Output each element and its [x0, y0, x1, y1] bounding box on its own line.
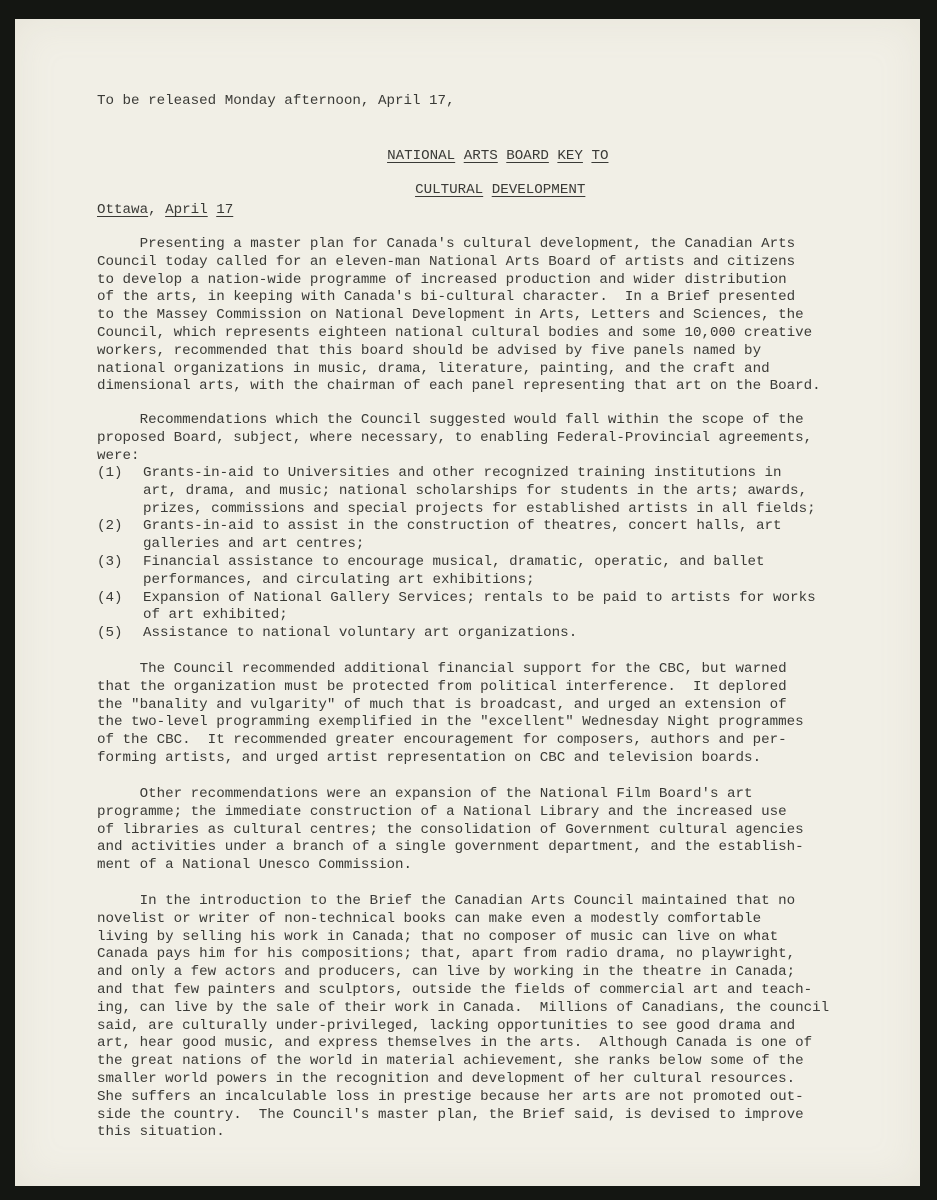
- title-word: CULTURAL: [415, 182, 483, 198]
- list-item: (1)Grants-in-aid to Universities and oth…: [97, 465, 877, 518]
- list-item: (2)Grants-in-aid to assist in the constr…: [97, 518, 877, 554]
- text-line: that the organization must be protected …: [97, 679, 877, 697]
- paragraph-brief-introduction: In the introduction to the Brief the Can…: [97, 893, 877, 1142]
- dateline-place: Ottawa: [97, 202, 148, 218]
- text-line: the "banality and vulgarity" of much tha…: [97, 697, 877, 715]
- list-item-number: (1): [97, 465, 123, 483]
- text-line: ing, can live by the sale of their work …: [97, 1000, 877, 1018]
- title-word: KEY: [557, 148, 583, 164]
- text-line: workers, recommended that this board sho…: [97, 343, 877, 361]
- list-item-text: Financial assistance to encourage musica…: [143, 554, 877, 590]
- text-line: Grants-in-aid to assist in the construct…: [143, 518, 877, 536]
- text-line: to the Massey Commission on National Dev…: [97, 307, 877, 325]
- title-word: TO: [591, 148, 608, 164]
- list-item-number: (4): [97, 590, 123, 608]
- text-line: Council today called for an eleven-man N…: [97, 254, 877, 272]
- list-item: (3)Financial assistance to encourage mus…: [97, 554, 877, 590]
- list-item-text: Assistance to national voluntary art org…: [143, 625, 877, 643]
- text-line: smaller world powers in the recognition …: [97, 1071, 877, 1089]
- list-item-number: (2): [97, 518, 123, 536]
- text-line: to develop a nation-wide programme of in…: [97, 272, 877, 290]
- list-item-number: (3): [97, 554, 123, 572]
- text-line: art, hear good music, and express themse…: [97, 1035, 877, 1053]
- text-line: performances, and circulating art exhibi…: [143, 572, 877, 590]
- text-line: Presenting a master plan for Canada's cu…: [97, 236, 877, 254]
- text-line: prizes, commissions and special projects…: [143, 501, 877, 519]
- text-line: living by selling his work in Canada; th…: [97, 929, 877, 947]
- text-line: the great nations of the world in materi…: [97, 1053, 877, 1071]
- title-word: BOARD: [506, 148, 549, 164]
- text-line: Assistance to national voluntary art org…: [143, 625, 877, 643]
- text-line: ment of a National Unesco Commission.: [97, 857, 877, 875]
- text-line: Expansion of National Gallery Services; …: [143, 590, 877, 608]
- text-line: galleries and art centres;: [143, 536, 877, 554]
- release-note: To be released Monday afternoon, April 1…: [97, 93, 455, 111]
- paragraph-cbc: The Council recommended additional finan…: [97, 661, 877, 768]
- text-line: of the arts, in keeping with Canada's bi…: [97, 289, 877, 307]
- text-line: said, are culturally under-privileged, l…: [97, 1018, 877, 1036]
- dateline: Ottawa, April 17: [97, 202, 233, 220]
- text-line: She suffers an incalculable loss in pres…: [97, 1089, 877, 1107]
- text-line: of art exhibited;: [143, 607, 877, 625]
- text-line: were:: [97, 448, 877, 466]
- text-line: forming artists, and urged artist repres…: [97, 750, 877, 768]
- list-item: (5)Assistance to national voluntary art …: [97, 625, 877, 643]
- text-line: and only a few actors and producers, can…: [97, 964, 877, 982]
- title-word: ARTS: [464, 148, 498, 164]
- text-line: Financial assistance to encourage musica…: [143, 554, 877, 572]
- list-item: (4)Expansion of National Gallery Service…: [97, 590, 877, 626]
- paragraph-recommendations-intro: Recommendations which the Council sugges…: [97, 412, 877, 465]
- dateline-day: 17: [216, 202, 233, 218]
- paragraph-intro: Presenting a master plan for Canada's cu…: [97, 236, 877, 396]
- text-line: and activities under a branch of a singl…: [97, 839, 877, 857]
- list-item-text: Expansion of National Gallery Services; …: [143, 590, 877, 626]
- list-item-text: Grants-in-aid to assist in the construct…: [143, 518, 877, 554]
- text-line: Canada pays him for his compositions; th…: [97, 946, 877, 964]
- text-line: side the country. The Council's master p…: [97, 1107, 877, 1125]
- text-line: novelist or writer of non-technical book…: [97, 911, 877, 929]
- text-line: this situation.: [97, 1124, 877, 1142]
- press-release-page: To be released Monday afternoon, April 1…: [0, 0, 937, 1200]
- text-line: proposed Board, subject, where necessary…: [97, 430, 877, 448]
- text-line: art, drama, and music; national scholars…: [143, 483, 877, 501]
- text-line: of the CBC. It recommended greater encou…: [97, 732, 877, 750]
- title-line-2: CULTURAL DEVELOPMENT: [381, 164, 585, 217]
- text-line: and that few painters and sculptors, out…: [97, 982, 877, 1000]
- text-line: national organizations in music, drama, …: [97, 361, 877, 379]
- title-word: NATIONAL: [387, 148, 455, 164]
- list-item-number: (5): [97, 625, 123, 643]
- text-line: of libraries as cultural centres; the co…: [97, 822, 877, 840]
- text-line: the two-level programming exemplified in…: [97, 714, 877, 732]
- dateline-month: April: [165, 202, 208, 218]
- list-item-text: Grants-in-aid to Universities and other …: [143, 465, 877, 518]
- text-line: Other recommendations were an expansion …: [97, 786, 877, 804]
- text-line: Council, which represents eighteen natio…: [97, 325, 877, 343]
- text-line: Recommendations which the Council sugges…: [97, 412, 877, 430]
- text-line: dimensional arts, with the chairman of e…: [97, 378, 877, 396]
- recommendations-list: (1)Grants-in-aid to Universities and oth…: [97, 465, 877, 643]
- paragraph-other-recommendations: Other recommendations were an expansion …: [97, 786, 877, 875]
- title-word: DEVELOPMENT: [492, 182, 586, 198]
- text-line: In the introduction to the Brief the Can…: [97, 893, 877, 911]
- text-line: programme; the immediate construction of…: [97, 804, 877, 822]
- text-line: The Council recommended additional finan…: [97, 661, 877, 679]
- text-line: Grants-in-aid to Universities and other …: [143, 465, 877, 483]
